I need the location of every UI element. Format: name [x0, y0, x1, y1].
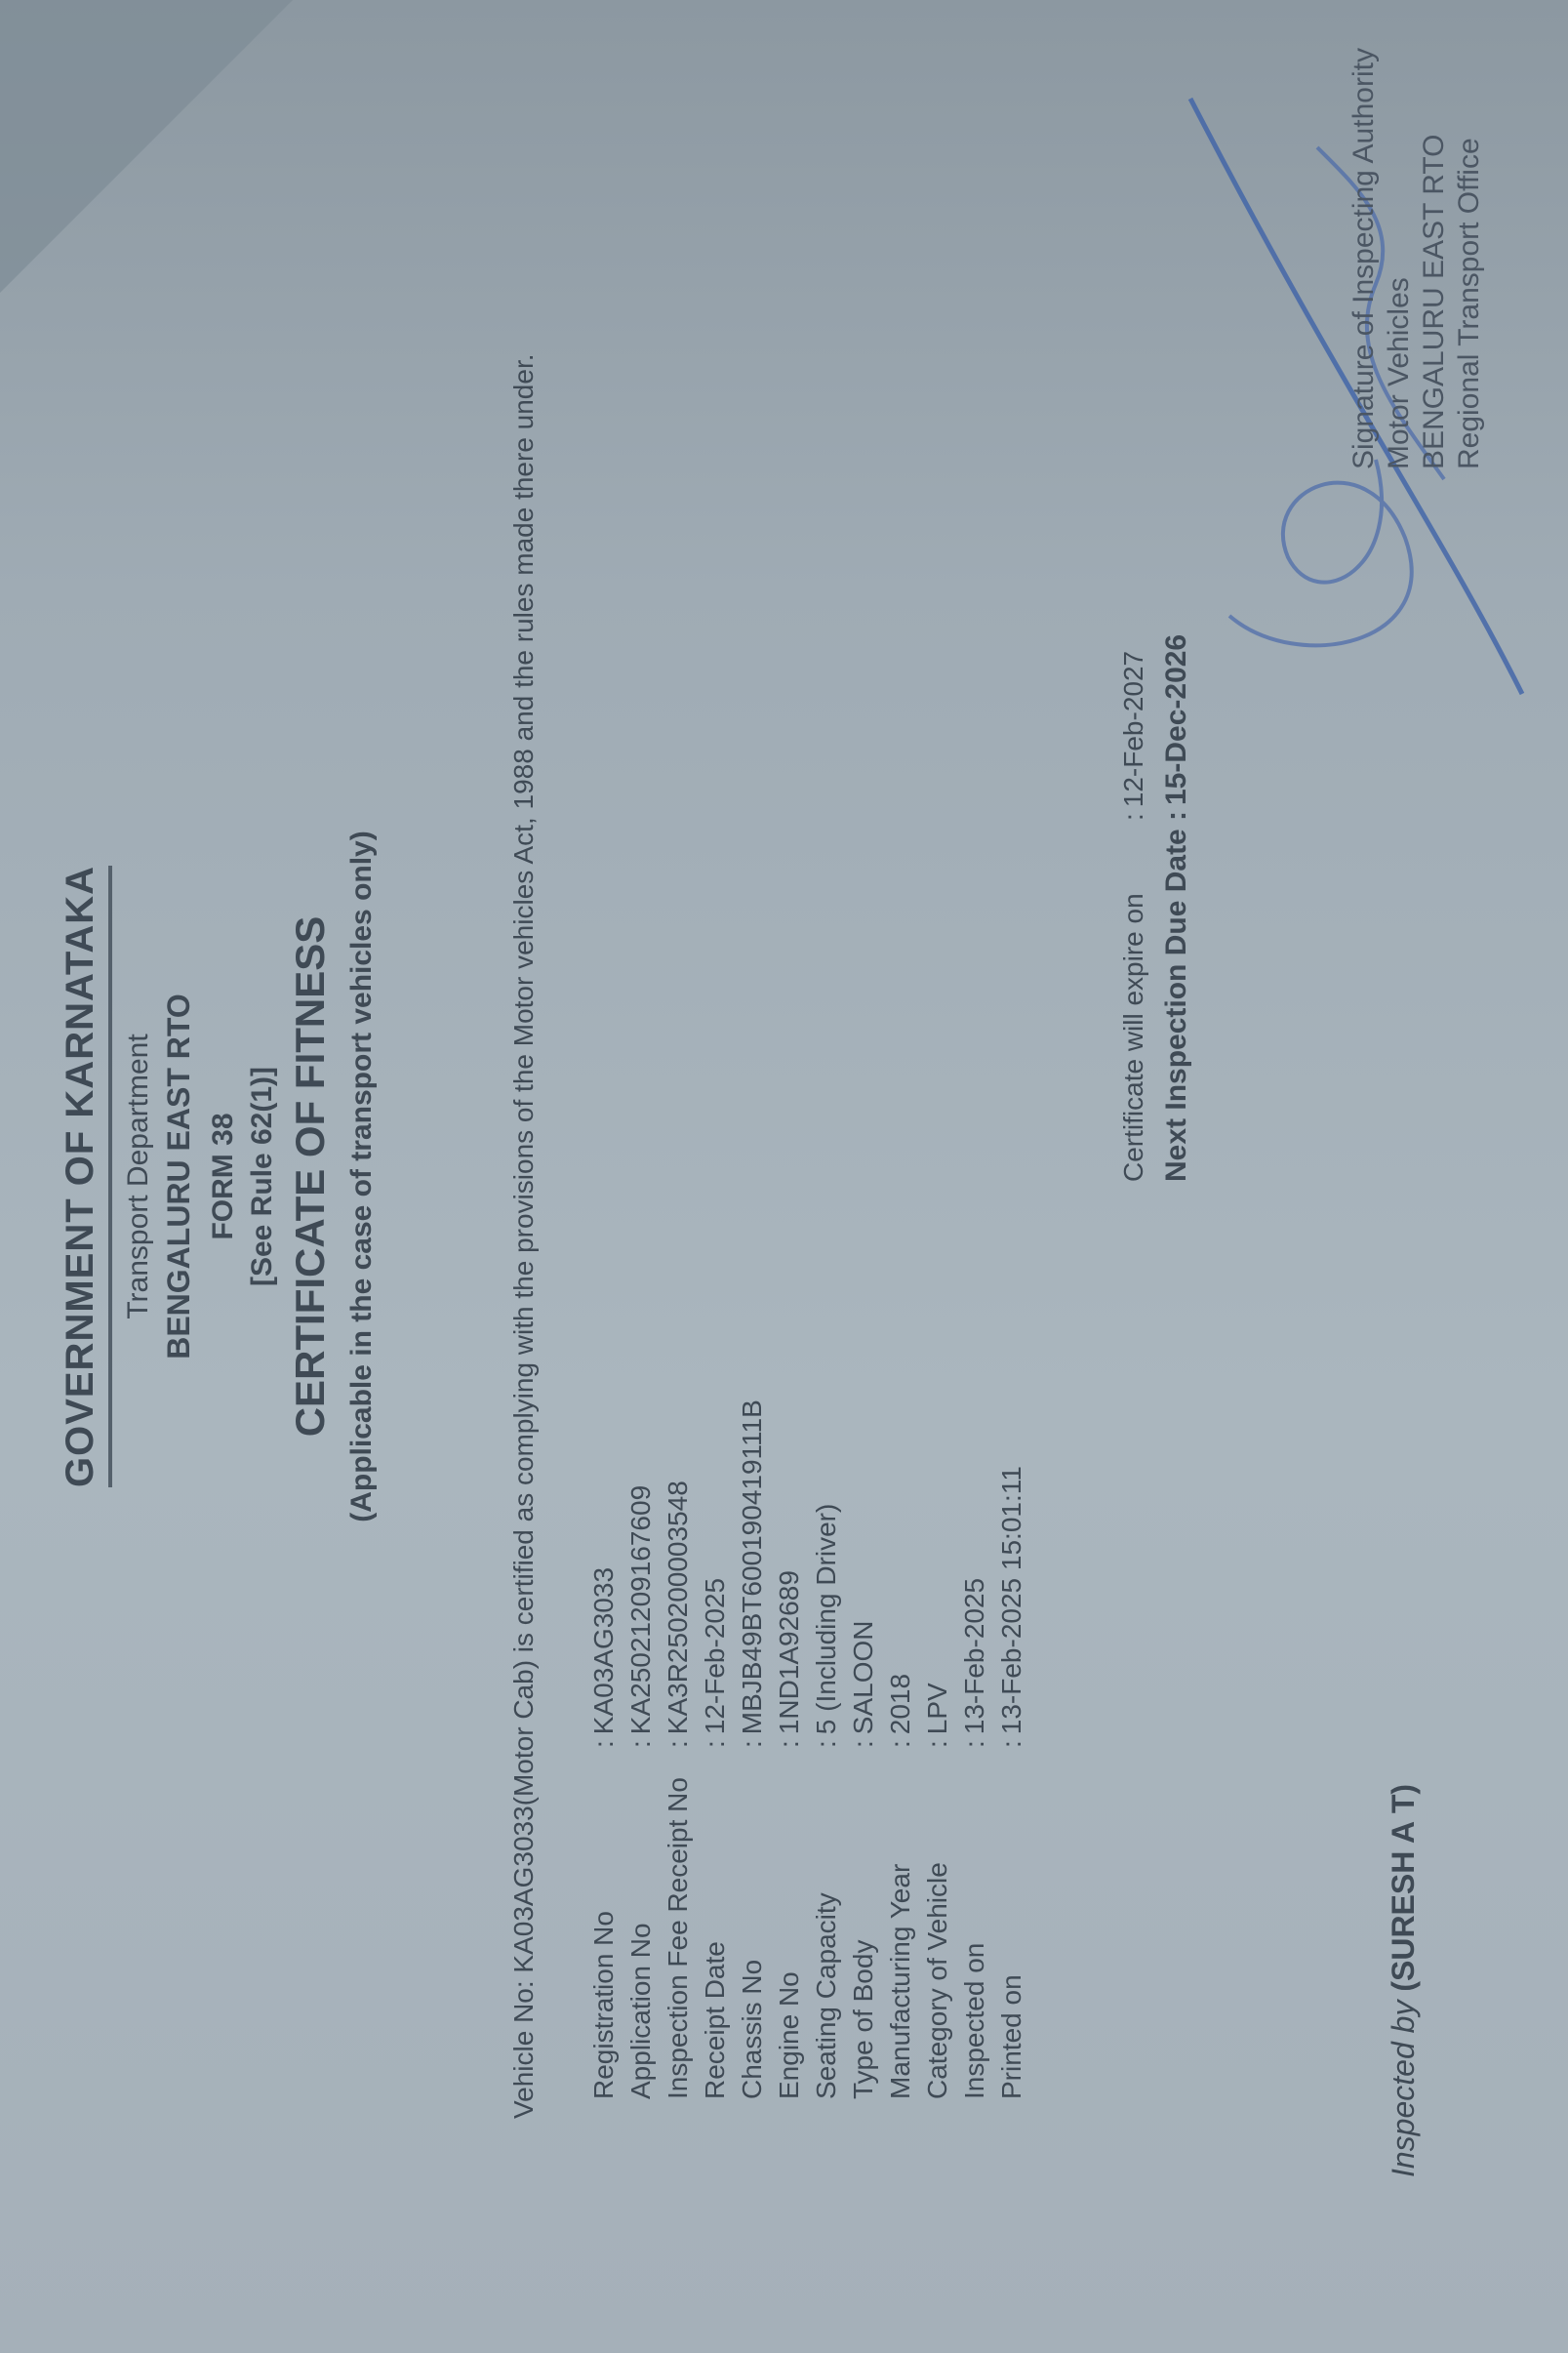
detail-row: Receipt Date:12-Feb-2025 [697, 1149, 734, 2099]
field-label: Inspection Fee Receipt No [663, 1748, 694, 2099]
applicability-note: (Applicable in the case of transport veh… [345, 0, 379, 2353]
signature-line-2: Motor Vehicles [1382, 48, 1417, 469]
detail-row: Inspected on:13-Feb-2025 [956, 1149, 993, 2099]
signature-block: Signature of Inspecting Authority Motor … [1347, 48, 1487, 469]
signature-line-4: Regional Transport Office [1452, 48, 1487, 469]
certificate-expiry-row: Certificate will expire on: 12-Feb-2027 [1112, 634, 1155, 1182]
detail-row: Application No:KA25021209167609 [623, 1149, 660, 2099]
office-name: BENGALURU EAST RTO [161, 0, 197, 2353]
form-number: FORM 38 [207, 0, 240, 2353]
field-value: LPV [922, 1149, 953, 1734]
detail-row: Chassis No:MBJB49BT600190419111B [734, 1149, 771, 2099]
detail-row: Engine No:1ND1A92689 [771, 1149, 808, 2099]
detail-row: Registration No:KA03AG3033 [585, 1149, 623, 2099]
certificate-expiry-label: Certificate will expire on [1118, 821, 1149, 1182]
detail-row: Inspection Fee Receipt No:KA3R2502000035… [660, 1149, 697, 2099]
detail-row: Seating Capacity:5 (Including Driver) [808, 1149, 845, 2099]
next-inspection-label: Next Inspection Due Date [1160, 821, 1193, 1182]
detail-row: Manufacturing Year:2018 [882, 1149, 919, 2099]
government-title: GOVERNMENT OF KARNATAKA [59, 866, 112, 1487]
inspector-prefix: Inspected by [1386, 2001, 1421, 2177]
inspector-line: Inspected by (SURESH A T) [1386, 1784, 1422, 2177]
field-value: KA03AG3033 [588, 1149, 620, 1734]
field-label: Seating Capacity [811, 1748, 842, 2099]
certificate-expiry-value: 12-Feb-2027 [1118, 651, 1149, 807]
field-label: Inspected on [959, 1748, 990, 2099]
inspector-name: (SURESH A T) [1386, 1784, 1421, 1992]
field-label: Receipt Date [700, 1748, 731, 2099]
field-value: 13-Feb-2025 [959, 1149, 990, 1734]
certification-statement: Vehicle No: KA03AG3033(Motor Cab) is cer… [503, 167, 545, 2119]
field-label: Category of Vehicle [922, 1748, 953, 2099]
field-value: KA25021209167609 [625, 1149, 657, 1734]
vehicle-details-table: Registration No:KA03AG3033 Application N… [585, 1149, 1030, 2099]
detail-row: Printed on:13-Feb-2025 15:01:11 [993, 1149, 1030, 2099]
field-value: KA3R250200003548 [663, 1149, 694, 1734]
signature-line-3: BENGALURU EAST RTO [1417, 48, 1452, 469]
field-value: SALOON [848, 1149, 879, 1734]
field-label: Chassis No [737, 1748, 768, 2099]
certificate-header: GOVERNMENT OF KARNATAKA Transport Depart… [59, 0, 379, 2353]
certificate-title: CERTIFICATE OF FITNESS [287, 0, 334, 2353]
field-value: 5 (Including Driver) [811, 1149, 842, 1734]
field-value: 12-Feb-2025 [700, 1149, 731, 1734]
department-name: Transport Department [122, 0, 155, 2353]
field-value: 13-Feb-2025 15:01:11 [996, 1149, 1027, 1734]
field-label: Registration No [588, 1748, 620, 2099]
field-value: 1ND1A92689 [774, 1149, 805, 1734]
fitness-certificate: GOVERNMENT OF KARNATAKA Transport Depart… [0, 0, 1568, 2353]
field-label: Application No [625, 1748, 657, 2099]
field-label: Manufacturing Year [885, 1748, 916, 2099]
signature-line-1: Signature of Inspecting Authority [1347, 48, 1382, 469]
field-label: Printed on [996, 1748, 1027, 2099]
field-value: 2018 [885, 1149, 916, 1734]
field-label: Type of Body [848, 1748, 879, 2099]
detail-row: Category of Vehicle:LPV [919, 1149, 956, 2099]
rule-reference: [See Rule 62(1)] [246, 0, 279, 2353]
field-value: MBJB49BT600190419111B [737, 1149, 768, 1734]
field-label: Engine No [774, 1748, 805, 2099]
detail-row: Type of Body:SALOON [845, 1149, 882, 2099]
